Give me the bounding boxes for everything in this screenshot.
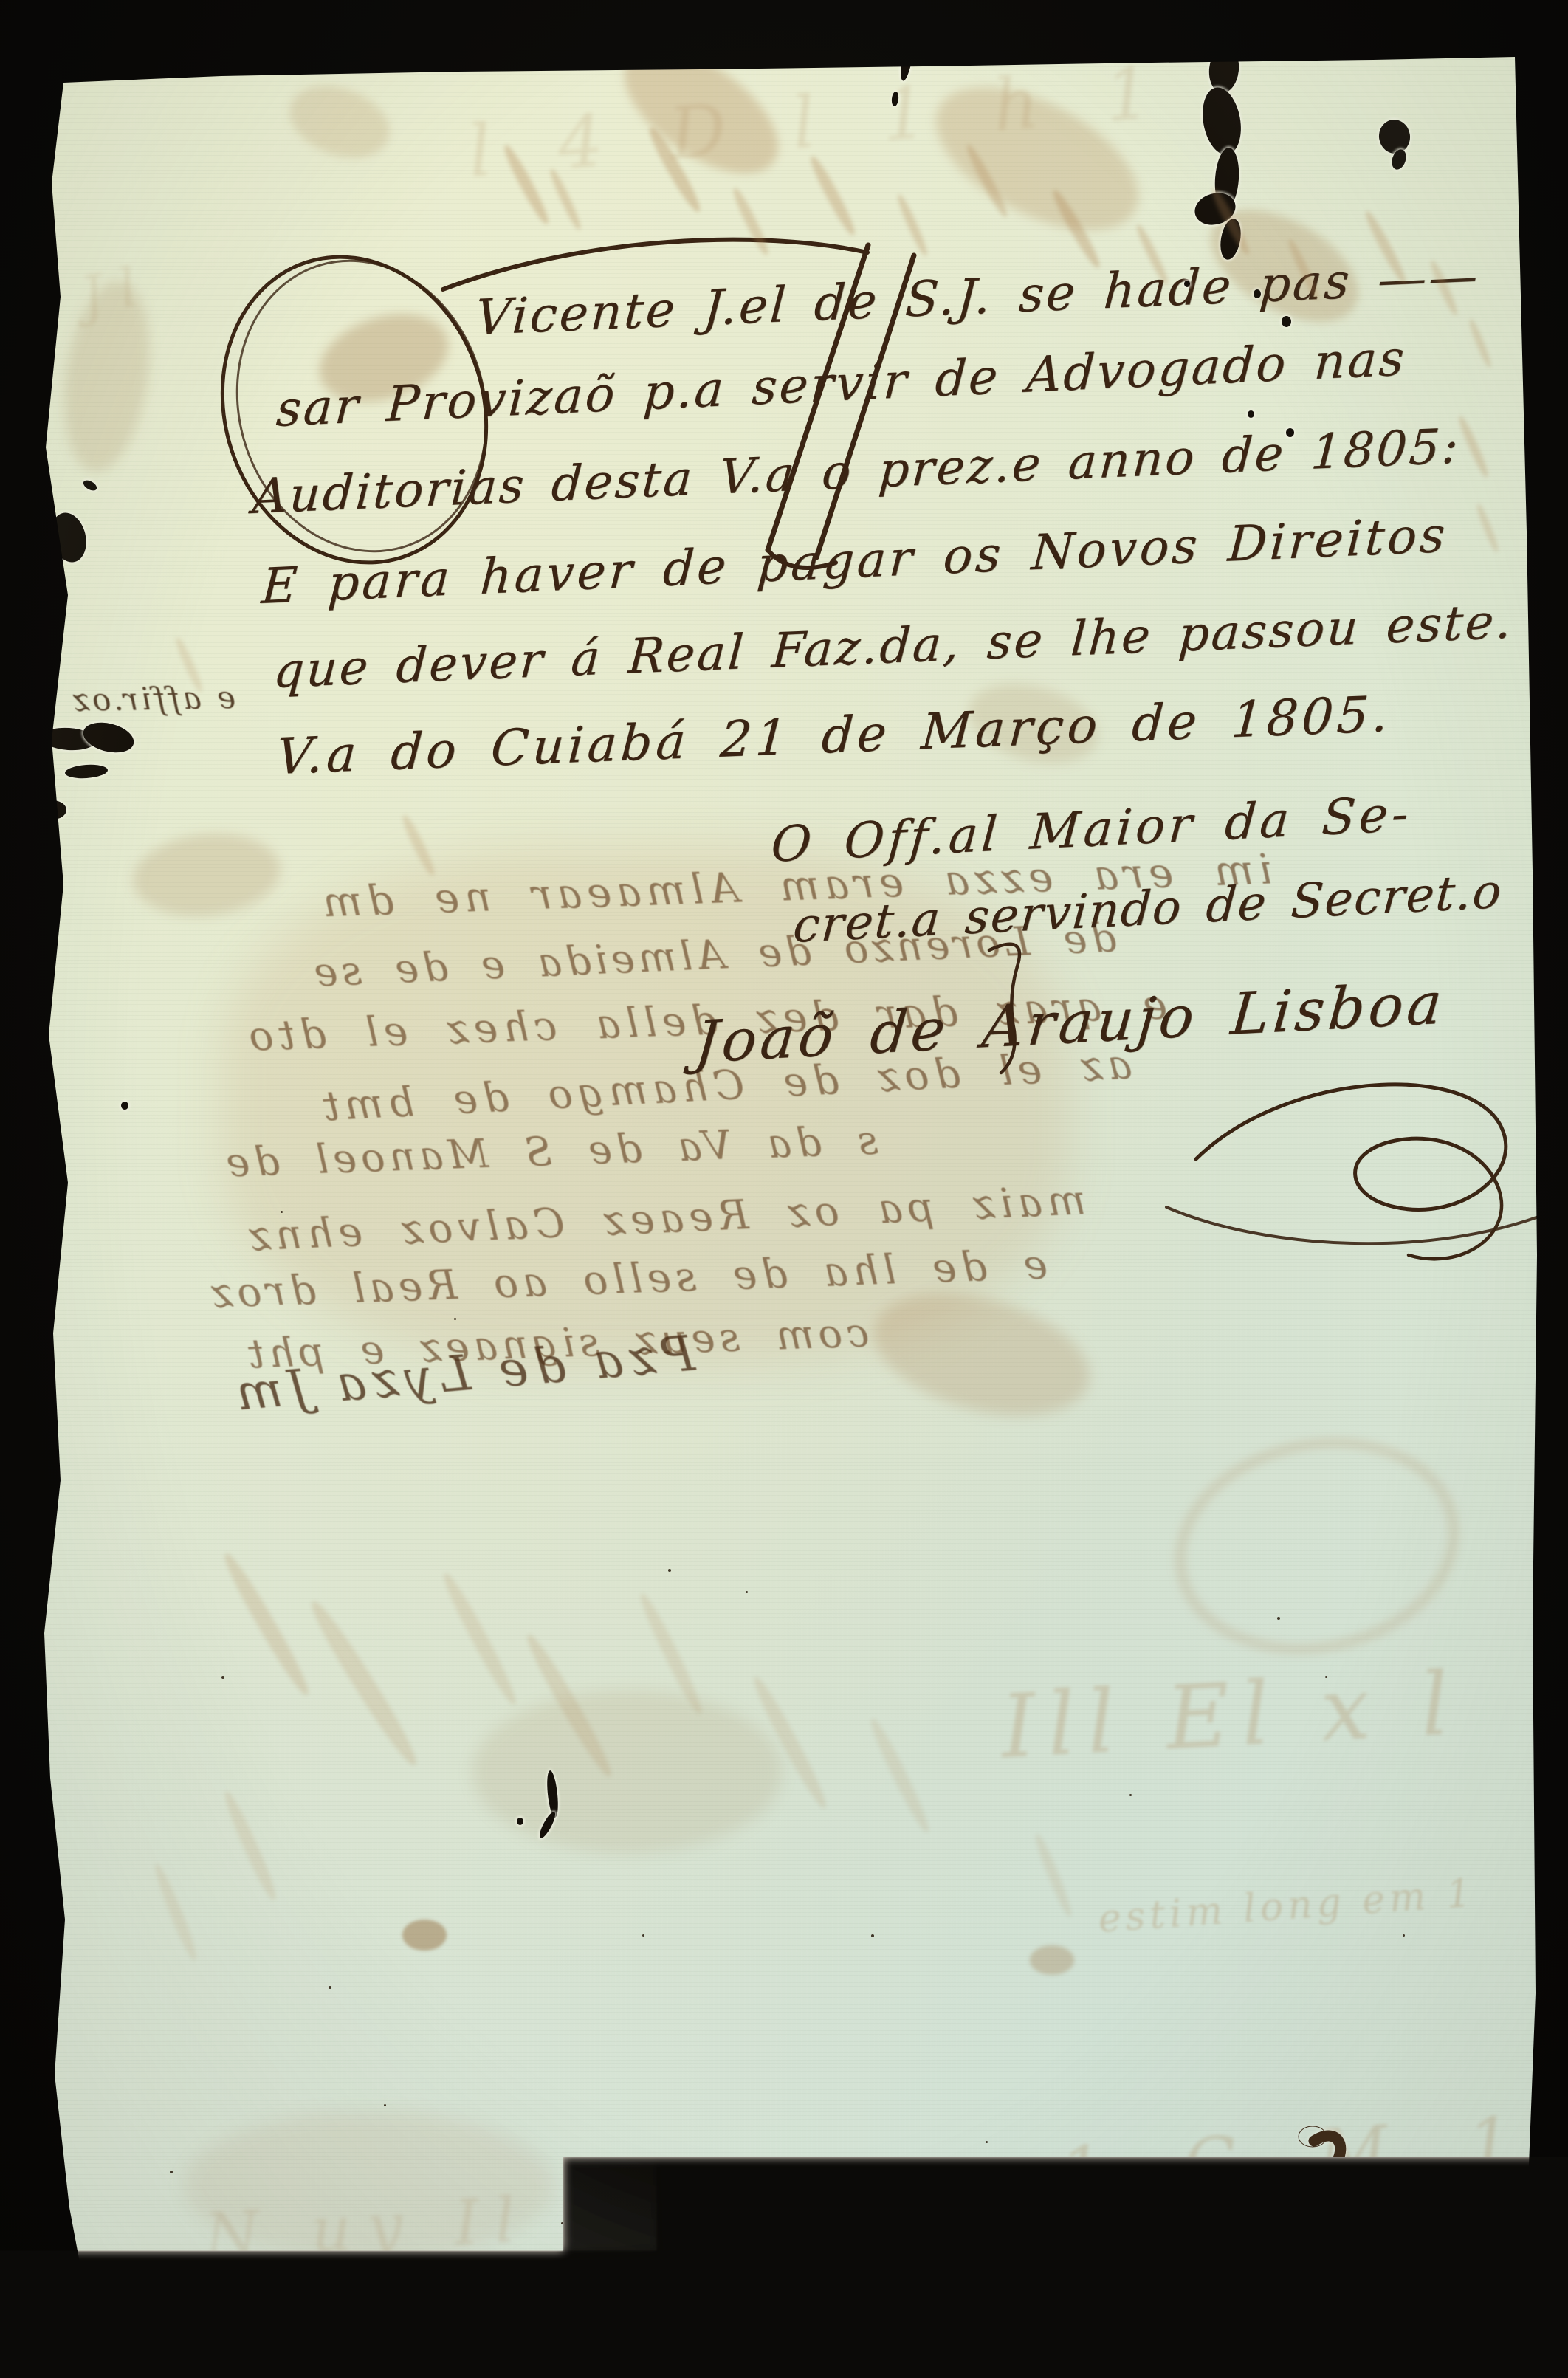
ink-blot <box>546 1770 560 1818</box>
paper-speck <box>384 2104 386 2106</box>
ink-blot <box>1248 410 1254 418</box>
ghost-stroke <box>439 1570 521 1708</box>
ghost-stroke <box>1049 188 1104 270</box>
paper-speck <box>221 1676 224 1679</box>
ghost-stroke <box>1467 318 1493 369</box>
ink-blot <box>537 1810 557 1840</box>
ghost-stroke <box>219 1550 314 1699</box>
stain <box>472 1691 783 1853</box>
ghost-stroke <box>151 1862 200 1962</box>
paper-speck <box>170 2171 173 2173</box>
paper-speck <box>694 2185 696 2188</box>
photo-black-mount: im era ezza eram Almaear ne dm de Lorenz… <box>0 0 1568 2378</box>
ghost-stroke <box>305 1597 423 1770</box>
faded-mark: Al p l <box>0 1463 244 1639</box>
ink-blot <box>38 800 66 819</box>
ink-blot <box>1254 289 1261 298</box>
faded-mark: Ill El x l <box>999 1652 1463 1778</box>
paper-speck <box>642 1934 644 1937</box>
paper-speck <box>1277 1617 1280 1620</box>
paper-speck <box>746 1591 748 1593</box>
show-through-margin-snippet: e affir.oz <box>70 679 236 718</box>
ink-blot <box>517 1818 523 1825</box>
signature-flourish <box>1152 1056 1565 1299</box>
paper-speck <box>454 1318 456 1320</box>
manuscript-paper: im era ezza eram Almaear ne dm de Lorenz… <box>0 0 1568 2378</box>
stain <box>280 73 399 171</box>
paper-speck <box>668 1569 671 1572</box>
ghost-stroke <box>521 1631 616 1780</box>
paper-speck <box>1403 1934 1405 1937</box>
faded-mark: M Invt d l <box>0 1624 221 1773</box>
ink-blot <box>1286 428 1294 437</box>
paper-speck <box>1129 1794 1132 1796</box>
manuscript-line: que dever á Real Faz.da, se lhe passou e… <box>272 594 1515 699</box>
ink-blot <box>64 763 108 780</box>
ghost-stroke <box>1456 414 1491 478</box>
ink-blot <box>82 478 99 493</box>
ink-blot <box>1282 316 1291 327</box>
stain <box>1030 1945 1074 1975</box>
ink-blot <box>121 1102 128 1110</box>
ghost-stroke <box>1032 1832 1075 1919</box>
ink-blot <box>80 718 137 757</box>
paper-speck <box>561 2222 563 2224</box>
ghost-stroke <box>963 142 1011 219</box>
ink-blot <box>46 509 91 566</box>
ink-blot <box>1377 117 1412 155</box>
ghost-stroke <box>636 1591 706 1717</box>
ghost-stroke <box>399 813 438 877</box>
stain <box>1155 1412 1479 1680</box>
faded-mark: l 4 D l 1 h 1 l <box>465 41 1265 193</box>
paper-speck <box>808 2244 811 2247</box>
faded-mark: estim long em 1 <box>1097 1871 1477 1942</box>
ghost-stroke <box>867 1717 934 1835</box>
ghost-stroke <box>1474 503 1500 554</box>
ghost-stroke <box>749 1674 831 1811</box>
faded-mark: N uy Il a l <box>203 2175 694 2272</box>
stain <box>129 827 284 923</box>
stain <box>861 1273 1104 1437</box>
faded-mark: J l <box>76 255 143 328</box>
stain <box>402 1920 447 1951</box>
manuscript-line: V.a do Cuiabá 21 de Março de 1805. <box>275 685 1394 786</box>
paper-speck <box>1325 1676 1327 1678</box>
paper-speck <box>986 2141 988 2143</box>
ink-squiggle <box>1292 2111 1395 2311</box>
ink-blot <box>1184 281 1190 287</box>
paper-speck <box>281 1211 283 1213</box>
ghost-stroke <box>220 1789 281 1902</box>
paper-speck <box>329 1986 331 1989</box>
paper-speck <box>871 1934 874 1937</box>
